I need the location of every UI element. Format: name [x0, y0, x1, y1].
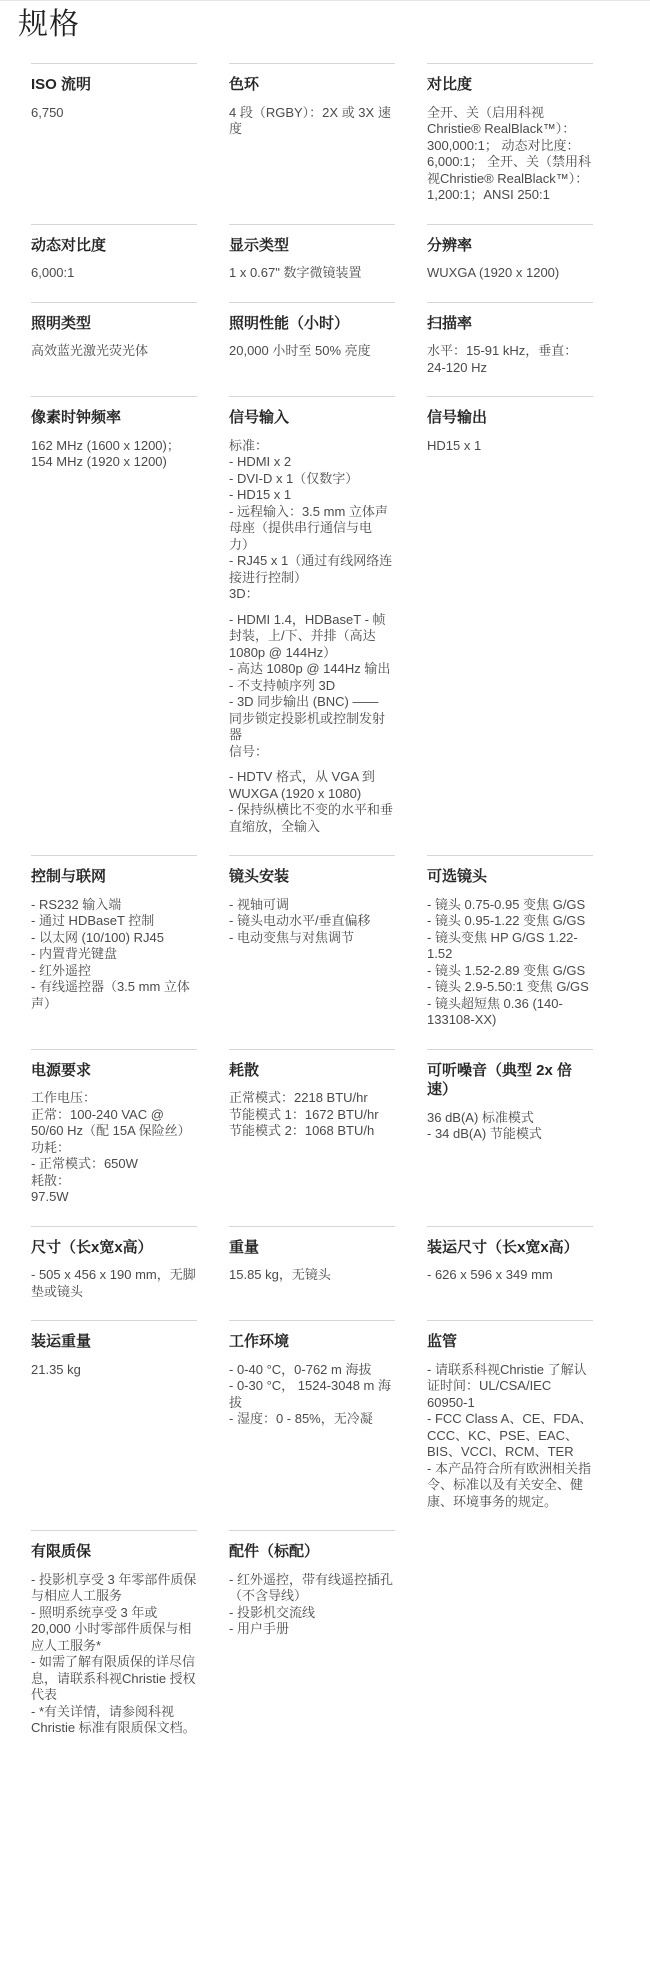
spec-title: 可选镜头	[427, 867, 593, 887]
spec-optional-lenses: 可选镜头 - 镜头 0.75-0.95 变焦 G/GS - 镜头 0.95-1.…	[427, 855, 593, 1049]
spec-body: - 镜头 0.75-0.95 变焦 G/GS - 镜头 0.95-1.22 变焦…	[427, 897, 593, 1029]
spec-shipping-dimensions: 装运尺寸（长x宽x高） - 626 x 596 x 349 mm	[427, 1226, 593, 1321]
spec-title: 扫描率	[427, 314, 593, 334]
spec-empty-cell	[427, 1530, 593, 1757]
page-title: 规格	[18, 7, 650, 43]
spec-operating-environment: 工作环境 - 0-40 °C，0-762 m 海拔 - 0-30 °C， 152…	[229, 1320, 395, 1530]
spec-row-5: 控制与联网 - RS232 输入端 - 通过 HDBaseT 控制 - 以太网 …	[31, 855, 593, 1049]
spec-title: 可听噪音（典型 2x 倍速）	[427, 1061, 593, 1100]
spec-body: HD15 x 1	[427, 438, 593, 455]
spec-resolution: 分辨率 WUXGA (1920 x 1200)	[427, 224, 593, 302]
spec-dissipation: 耗散 正常模式：2218 BTU/hr 节能模式 1：1672 BTU/hr 节…	[229, 1049, 395, 1226]
spec-body: 正常模式：2218 BTU/hr 节能模式 1：1672 BTU/hr 节能模式…	[229, 1090, 395, 1140]
spec-title: 监管	[427, 1332, 593, 1352]
spec-body: 1 x 0.67" 数字微镜装置	[229, 265, 395, 282]
spec-row-6: 电源要求 工作电压： 正常：100-240 VAC @ 50/60 Hz（配 1…	[31, 1049, 593, 1226]
spec-body: 高效蓝光激光荧光体	[31, 343, 197, 360]
spec-row-2: 动态对比度 6,000:1 显示类型 1 x 0.67" 数字微镜装置 分辨率 …	[31, 224, 593, 302]
spec-title: 动态对比度	[31, 236, 197, 256]
spec-body: 工作电压： 正常：100-240 VAC @ 50/60 Hz（配 15A 保险…	[31, 1090, 197, 1206]
spec-body: 全开、关（启用科视 Christie® RealBlack™）：300,000:…	[427, 105, 593, 204]
spec-accessories: 配件（标配） - 红外遥控，带有线遥控插孔（不含导线） - 投影机交流线 - 用…	[229, 1530, 395, 1757]
spec-row-8: 装运重量 21.35 kg 工作环境 - 0-40 °C，0-762 m 海拔 …	[31, 1320, 593, 1530]
spec-grid: ISO 流明 6,750 色环 4 段（RGBY）：2X 或 3X 速度 对比度…	[31, 63, 593, 1757]
spec-body: 20,000 小时至 50% 亮度	[229, 343, 395, 360]
spec-display-type: 显示类型 1 x 0.67" 数字微镜装置	[229, 224, 395, 302]
spec-title: 照明性能（小时）	[229, 314, 395, 334]
spec-body: - RS232 输入端 - 通过 HDBaseT 控制 - 以太网 (10/10…	[31, 897, 197, 1013]
spec-lens-mount: 镜头安装 - 视轴可调 - 镜头电动水平/垂直偏移 - 电动变焦与对焦调节	[229, 855, 395, 1049]
spec-title: 电源要求	[31, 1061, 197, 1081]
specifications-page: 规格 ISO 流明 6,750 色环 4 段（RGBY）：2X 或 3X 速度 …	[0, 1, 650, 1757]
spec-title: 对比度	[427, 75, 593, 95]
spec-body: 6,000:1	[31, 265, 197, 282]
spec-body: - 投影机享受 3 年零部件质保与相应人工服务 - 照明系统享受 3 年或 20…	[31, 1572, 197, 1737]
spec-body: - 0-40 °C，0-762 m 海拔 - 0-30 °C， 1524-304…	[229, 1362, 395, 1428]
spec-title: 耗散	[229, 1061, 395, 1081]
spec-title: 控制与联网	[31, 867, 197, 887]
spec-title: 尺寸（长x宽x高）	[31, 1238, 197, 1258]
spec-color-wheel: 色环 4 段（RGBY）：2X 或 3X 速度	[229, 63, 395, 224]
spec-body: - 视轴可调 - 镜头电动水平/垂直偏移 - 电动变焦与对焦调节	[229, 897, 395, 947]
spec-row-9: 有限质保 - 投影机享受 3 年零部件质保与相应人工服务 - 照明系统享受 3 …	[31, 1530, 593, 1757]
spec-body: - 红外遥控，带有线遥控插孔（不含导线） - 投影机交流线 - 用户手册	[229, 1572, 395, 1638]
spec-shipping-weight: 装运重量 21.35 kg	[31, 1320, 197, 1530]
spec-title: ISO 流明	[31, 75, 197, 95]
spec-row-3: 照明类型 高效蓝光激光荧光体 照明性能（小时） 20,000 小时至 50% 亮…	[31, 302, 593, 397]
spec-signal-input: 信号输入 标准： - HDMI x 2 - DVI-D x 1（仅数字） - H…	[229, 396, 395, 855]
spec-signal-output: 信号输出 HD15 x 1	[427, 396, 593, 855]
spec-dynamic-contrast: 动态对比度 6,000:1	[31, 224, 197, 302]
spec-pixel-clock: 像素时钟频率 162 MHz (1600 x 1200)； 154 MHz (1…	[31, 396, 197, 855]
spec-title: 装运重量	[31, 1332, 197, 1352]
spec-contrast: 对比度 全开、关（启用科视 Christie® RealBlack™）：300,…	[427, 63, 593, 224]
spec-title: 信号输入	[229, 408, 395, 428]
spec-power-requirements: 电源要求 工作电压： 正常：100-240 VAC @ 50/60 Hz（配 1…	[31, 1049, 197, 1226]
spec-iso-lumens: ISO 流明 6,750	[31, 63, 197, 224]
spec-title: 色环	[229, 75, 395, 95]
spec-body: - 505 x 456 x 190 mm，无脚垫或镜头	[31, 1267, 197, 1300]
spec-illumination-type: 照明类型 高效蓝光激光荧光体	[31, 302, 197, 397]
spec-body: 15.85 kg，无镜头	[229, 1267, 395, 1284]
spec-audible-noise: 可听噪音（典型 2x 倍速） 36 dB(A) 标准模式 - 34 dB(A) …	[427, 1049, 593, 1226]
spec-dimensions: 尺寸（长x宽x高） - 505 x 456 x 190 mm，无脚垫或镜头	[31, 1226, 197, 1321]
spec-control-networking: 控制与联网 - RS232 输入端 - 通过 HDBaseT 控制 - 以太网 …	[31, 855, 197, 1049]
spec-title: 装运尺寸（长x宽x高）	[427, 1238, 593, 1258]
spec-title: 照明类型	[31, 314, 197, 334]
spec-regulatory: 监管 - 请联系科视Christie 了解认证时间：UL/CSA/IEC 609…	[427, 1320, 593, 1530]
spec-body: 6,750	[31, 105, 197, 122]
spec-title: 配件（标配）	[229, 1542, 395, 1562]
spec-row-7: 尺寸（长x宽x高） - 505 x 456 x 190 mm，无脚垫或镜头 重量…	[31, 1226, 593, 1321]
spec-title: 重量	[229, 1238, 395, 1258]
spec-title: 显示类型	[229, 236, 395, 256]
spec-title: 有限质保	[31, 1542, 197, 1562]
spec-scan-rate: 扫描率 水平：15-91 kHz，垂直：24-120 Hz	[427, 302, 593, 397]
spec-body: 162 MHz (1600 x 1200)； 154 MHz (1920 x 1…	[31, 438, 197, 471]
spec-body: 36 dB(A) 标准模式 - 34 dB(A) 节能模式	[427, 1110, 593, 1143]
spec-body: 21.35 kg	[31, 1362, 197, 1379]
spec-body: - 626 x 596 x 349 mm	[427, 1267, 593, 1284]
spec-body: 标准： - HDMI x 2 - DVI-D x 1（仅数字） - HD15 x…	[229, 438, 395, 836]
spec-body: 水平：15-91 kHz，垂直：24-120 Hz	[427, 343, 593, 376]
spec-title: 工作环境	[229, 1332, 395, 1352]
spec-title: 分辨率	[427, 236, 593, 256]
spec-weight: 重量 15.85 kg，无镜头	[229, 1226, 395, 1321]
spec-limited-warranty: 有限质保 - 投影机享受 3 年零部件质保与相应人工服务 - 照明系统享受 3 …	[31, 1530, 197, 1757]
spec-illumination-performance: 照明性能（小时） 20,000 小时至 50% 亮度	[229, 302, 395, 397]
spec-body: WUXGA (1920 x 1200)	[427, 265, 593, 282]
spec-body: - 请联系科视Christie 了解认证时间：UL/CSA/IEC 60950-…	[427, 1362, 593, 1511]
spec-title: 像素时钟频率	[31, 408, 197, 428]
spec-title: 信号输出	[427, 408, 593, 428]
spec-row-1: ISO 流明 6,750 色环 4 段（RGBY）：2X 或 3X 速度 对比度…	[31, 63, 593, 224]
spec-title: 镜头安装	[229, 867, 395, 887]
spec-body: 4 段（RGBY）：2X 或 3X 速度	[229, 105, 395, 138]
spec-row-4: 像素时钟频率 162 MHz (1600 x 1200)； 154 MHz (1…	[31, 396, 593, 855]
